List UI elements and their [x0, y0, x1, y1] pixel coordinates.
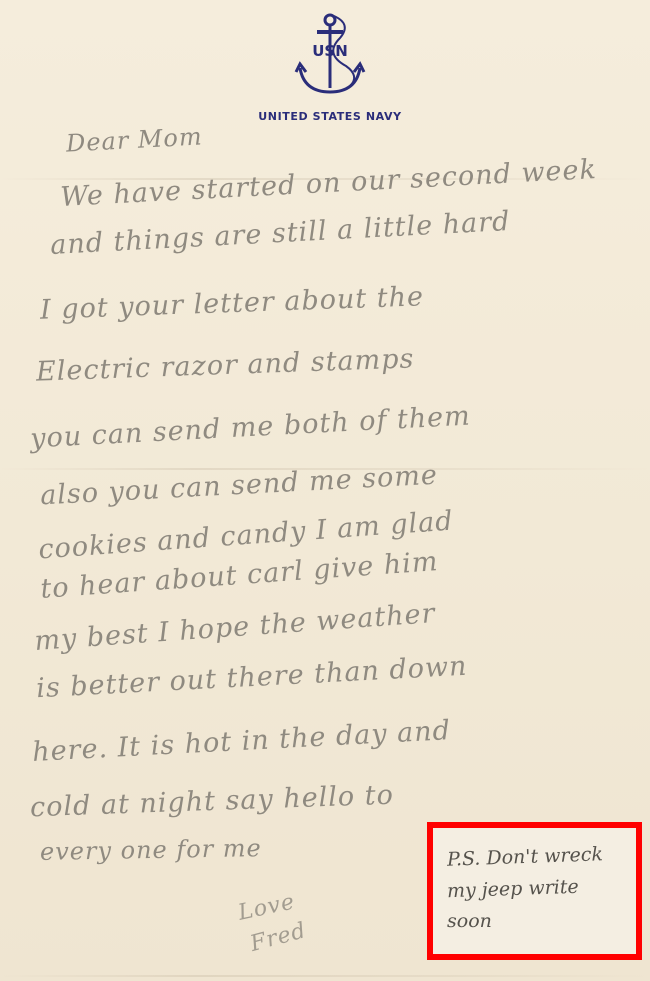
fouled-anchor-icon: USN [290, 10, 370, 100]
letter-page: USN UNITED STATES NAVY Dear Mom We have … [0, 0, 650, 981]
postscript-line: my jeep write [447, 876, 579, 903]
postscript-line: P.S. Don't wreck [447, 843, 604, 870]
letter-line: my best I hope the weather [33, 598, 436, 657]
letterhead: USN UNITED STATES NAVY [240, 10, 420, 123]
postscript-line: soon [447, 910, 492, 932]
postscript-highlight-box: P.S. Don't wreck my jeep write soon [427, 822, 642, 960]
letter-line: and things are still a little hard [50, 206, 512, 261]
letter-line: I got your letter about the [40, 281, 425, 325]
letter-line: here. It is hot in the day and [31, 715, 451, 768]
letter-line: is better out there than down [35, 651, 468, 705]
letter-line: We have started on our second week [60, 154, 598, 213]
letter-line: you can send me both of them [29, 400, 471, 454]
emblem-text: USN [312, 42, 348, 60]
letterhead-title: UNITED STATES NAVY [240, 110, 420, 123]
letter-line: cold at night say hello to [30, 780, 395, 824]
signature: Fred [248, 918, 309, 957]
closing: Love [236, 889, 297, 925]
greeting: Dear Mom [65, 122, 203, 157]
paper-crease [0, 975, 650, 977]
letter-line: Electric razor and stamps [36, 343, 415, 387]
letter-line: every one for me [40, 834, 262, 866]
